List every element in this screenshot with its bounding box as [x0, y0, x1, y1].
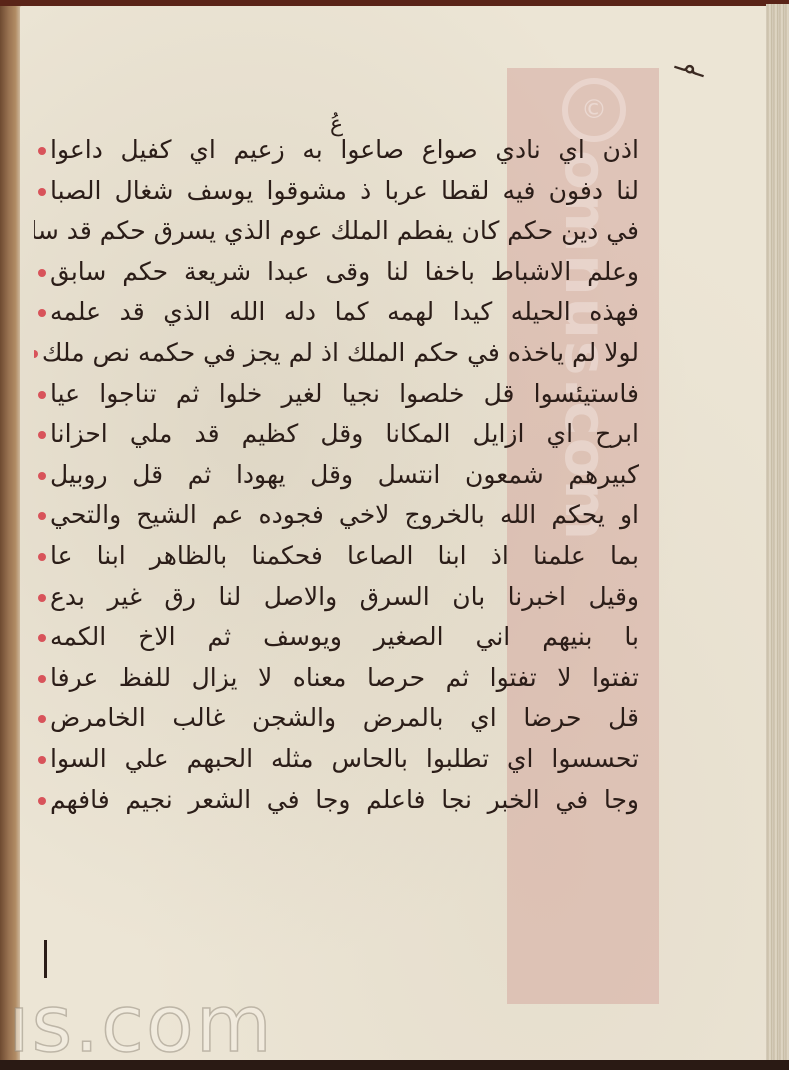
verse-dot-icon — [38, 715, 46, 723]
manuscript-text-block: اذن اي نادي صواع صاعوا به زعيم اي كفيل د… — [34, 130, 639, 820]
verse-dot-icon — [38, 431, 46, 439]
line-text: بما علمنا اذ ابنا الصاعا فحكمنا بالظاهر … — [50, 541, 639, 570]
verse-dot-icon — [38, 756, 46, 764]
line-text: في دين حكم كان يفطم الملك عوم الذي يسرق … — [34, 216, 639, 245]
verse-dot-icon — [38, 797, 46, 805]
verse-dot-icon — [38, 594, 46, 602]
text-line-12: وقيل اخبرنا بان السرق والاصل لنا رق غير … — [34, 577, 639, 618]
line-text: فهذه الحيله كيدا لهمه كما دله الله الذي … — [50, 297, 639, 326]
line-text: او يحكم الله بالخروج لاخي فجوده عم الشيح… — [50, 500, 639, 529]
text-line-3: في دين حكم كان يفطم الملك عوم الذي يسرق … — [34, 211, 639, 252]
line-text: فاستيئسوا قل خلصوا نجيا لغير خلوا ثم تنا… — [50, 379, 639, 408]
line-text: لولا لم ياخذه في حكم الملك اذ لم يجز في … — [42, 338, 639, 367]
text-line-6: لولا لم ياخذه في حكم الملك اذ لم يجز في … — [34, 333, 639, 374]
line-text: وعلم الاشباط باخفا لنا وقى عبدا شريعة حك… — [50, 257, 639, 286]
verse-dot-icon — [38, 269, 46, 277]
text-line-8: ابرح اي ازايل المكانا وقل كظيم قد ملي اح… — [34, 414, 639, 455]
verse-dot-icon — [38, 391, 46, 399]
verse-dot-icon — [38, 309, 46, 317]
text-line-10: او يحكم الله بالخروج لاخي فجوده عم الشيح… — [34, 495, 639, 536]
text-line-16: تحسسوا اي تطلبوا بالحاس مثله الحبهم علي … — [34, 739, 639, 780]
line-text: اذن اي نادي صواع صاعوا به زعيم اي كفيل د… — [50, 135, 639, 164]
line-text: تحسسوا اي تطلبوا بالحاس مثله الحبهم علي … — [50, 744, 639, 773]
line-text: تفتوا لا تفتوا ثم حرصا معناه لا يزال للف… — [50, 663, 639, 692]
line-text: لنا دفون فيه لقطا عربا ذ مشوقوا يوسف شغا… — [50, 176, 639, 205]
verse-dot-icon — [38, 147, 46, 155]
left-cover-board — [0, 6, 22, 1062]
verse-dot-icon — [38, 188, 46, 196]
text-line-14: تفتوا لا تفتوا ثم حرصا معناه لا يزال للف… — [34, 658, 639, 699]
text-line-1: اذن اي نادي صواع صاعوا به زعيم اي كفيل د… — [34, 130, 639, 171]
text-line-13: با بنيهم اني الصغير ويوسف ثم الاخ الكمه — [34, 617, 639, 658]
text-line-17: وجا في الخبر نجا فاعلم وجا في الشعر نجيم… — [34, 780, 639, 821]
text-line-15: قل حرضا اي بالمرض والشجن غالب الخامرض — [34, 698, 639, 739]
bottom-watermark-text: ıs.com — [8, 980, 274, 1070]
line-text: وجا في الخبر نجا فاعلم وجا في الشعر نجيم… — [50, 785, 639, 814]
text-line-2: لنا دفون فيه لقطا عربا ذ مشوقوا يوسف شغا… — [34, 171, 639, 212]
verse-dot-icon — [38, 553, 46, 561]
line-text: وقيل اخبرنا بان السرق والاصل لنا رق غير … — [50, 582, 639, 611]
text-line-4: وعلم الاشباط باخفا لنا وقى عبدا شريعة حك… — [34, 252, 639, 293]
text-line-7: فاستيئسوا قل خلصوا نجيا لغير خلوا ثم تنا… — [34, 374, 639, 415]
verse-dot-icon — [34, 350, 38, 358]
line-text: قل حرضا اي بالمرض والشجن غالب الخامرض — [50, 703, 639, 732]
text-line-11: بما علمنا اذ ابنا الصاعا فحكمنا بالظاهر … — [34, 536, 639, 577]
verse-dot-icon — [38, 634, 46, 642]
verse-dot-icon — [38, 675, 46, 683]
verse-dot-icon — [38, 512, 46, 520]
line-text: كبيرهم شمعون انتسل وقل يهودا ثم قل روبيل — [50, 460, 639, 489]
verse-dot-icon — [38, 472, 46, 480]
page-stack-edge — [766, 4, 789, 1064]
line-text: با بنيهم اني الصغير ويوسف ثم الاخ الكمه — [50, 622, 639, 651]
text-line-9: كبيرهم شمعون انتسل وقل يهودا ثم قل روبيل — [34, 455, 639, 496]
text-line-5: فهذه الحيله كيدا لهمه كما دله الله الذي … — [34, 292, 639, 333]
end-of-text-mark — [44, 940, 47, 978]
line-text: ابرح اي ازايل المكانا وقل كظيم قد ملي اح… — [50, 419, 639, 448]
